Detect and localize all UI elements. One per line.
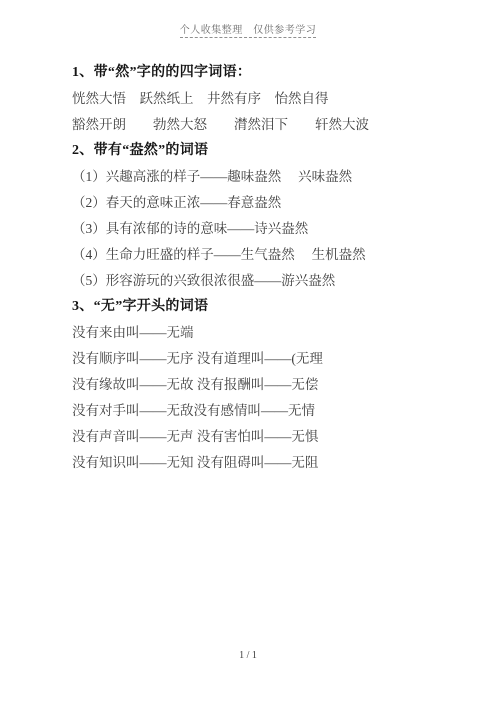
text-line: 豁然开朗 勃然大怒 潸然泪下 轩然大波 (72, 112, 476, 138)
text-line: 没有对手叫——无敌没有感情叫——无情 (72, 398, 476, 424)
page-number: 1 / 1 (239, 650, 257, 661)
text-line: （5）形容游玩的兴致很浓很盛——游兴盎然 (72, 268, 476, 294)
text-line: 没有知识叫——无知 没有阻碍叫——无阻 (72, 450, 476, 476)
text-line: （4）生命力旺盛的样子——生气盎然 生机盎然 (72, 242, 476, 268)
document-content: 1、带“然”字的的四字词语：恍然大悟 跃然纸上 井然有序 怡然自得豁然开朗 勃然… (72, 60, 476, 476)
text-line: （2）春天的意味正浓——春意盎然 (72, 190, 476, 216)
header-disclaimer-text: 个人收集整理 仅供参考学习 (180, 21, 317, 38)
text-line: 没有顺序叫——无序 没有道理叫——(无理 (72, 346, 476, 372)
page-header: 个人收集整理 仅供参考学习 (0, 20, 496, 38)
section-title: 2、带有“盎然”的词语 (72, 138, 476, 164)
text-line: 恍然大悟 跃然纸上 井然有序 怡然自得 (72, 86, 476, 112)
text-line: 没有缘故叫——无故 没有报酬叫——无偿 (72, 372, 476, 398)
text-line: 没有来由叫——无端 (72, 320, 476, 346)
section-title: 1、带“然”字的的四字词语： (72, 60, 476, 86)
document-page: 个人收集整理 仅供参考学习 1、带“然”字的的四字词语：恍然大悟 跃然纸上 井然… (0, 0, 496, 702)
section-title: 3、“无”字开头的词语 (72, 294, 476, 320)
page-footer: 1 / 1 (0, 645, 496, 663)
text-line: （3）具有浓郁的诗的意味——诗兴盎然 (72, 216, 476, 242)
text-line: 没有声音叫——无声 没有害怕叫——无惧 (72, 424, 476, 450)
text-line: （1）兴趣高涨的样子——趣味盎然 兴味盎然 (72, 164, 476, 190)
